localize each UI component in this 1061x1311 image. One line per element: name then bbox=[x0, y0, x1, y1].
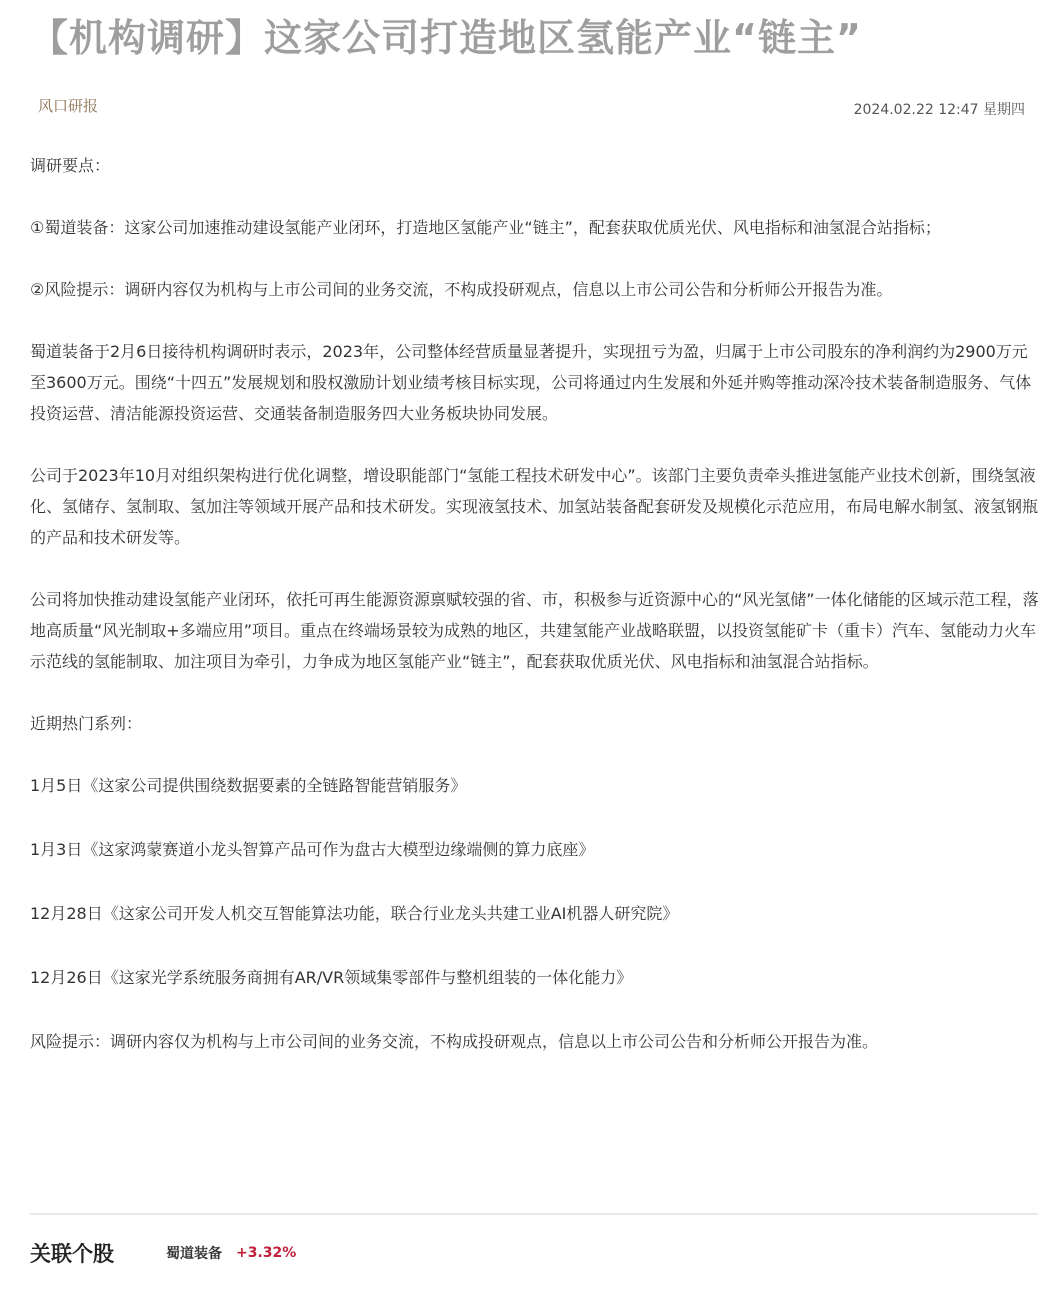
article-datetime: 2024.02.22 12:47 星期四 bbox=[854, 99, 1025, 119]
stock-name[interactable]: 蜀道装备 bbox=[166, 1243, 222, 1263]
hot-series-item[interactable]: 12月28日《这家公司开发人机交互智能算法功能，联合行业龙头共建工业AI机器人研… bbox=[30, 898, 1040, 929]
key-point-2: ②风险提示：调研内容仅为机构与上市公司间的业务交流，不构成投研观点，信息以上市公… bbox=[30, 274, 1040, 305]
hot-series-item[interactable]: 1月3日《这家鸿蒙赛道小龙头智算产品可作为盘古大模型边缘端侧的算力底座》 bbox=[30, 834, 1040, 865]
key-points-heading: 调研要点： bbox=[30, 150, 1040, 181]
paragraph-3: 公司将加快推动建设氢能产业闭环，依托可再生能源资源禀赋较强的省、市，积极参与近资… bbox=[30, 584, 1040, 677]
article-body: 调研要点： ①蜀道装备：这家公司加速推动建设氢能产业闭环，打造地区氢能产业“链主… bbox=[30, 150, 1040, 1088]
hot-series-item[interactable]: 1月5日《这家公司提供围绕数据要素的全链路智能营销服务》 bbox=[30, 770, 1040, 801]
related-stocks: 关联个股 蜀道装备 +3.32% bbox=[30, 1238, 296, 1268]
risk-notice: 风险提示：调研内容仅为机构与上市公司间的业务交流，不构成投研观点，信息以上市公司… bbox=[30, 1026, 1040, 1057]
hot-series-heading: 近期热门系列： bbox=[30, 708, 1040, 739]
stock-change: +3.32% bbox=[236, 1245, 296, 1261]
article-source[interactable]: 风口研报 bbox=[38, 95, 98, 116]
related-stocks-title: 关联个股 bbox=[30, 1238, 114, 1268]
paragraph-2: 公司于2023年10月对组织架构进行优化调整，增设职能部门“氢能工程技术研发中心… bbox=[30, 460, 1040, 553]
article-title: 【机构调研】这家公司打造地区氢能产业“链主” bbox=[30, 14, 862, 62]
section-divider bbox=[30, 1213, 1038, 1215]
paragraph-1: 蜀道装备于2月6日接待机构调研时表示，2023年，公司整体经营质量显著提升，实现… bbox=[30, 336, 1040, 429]
hot-series-item[interactable]: 12月26日《这家光学系统服务商拥有AR/VR领域集零部件与整机组装的一体化能力… bbox=[30, 962, 1040, 993]
key-point-1: ①蜀道装备：这家公司加速推动建设氢能产业闭环，打造地区氢能产业“链主”，配套获取… bbox=[30, 212, 1040, 243]
